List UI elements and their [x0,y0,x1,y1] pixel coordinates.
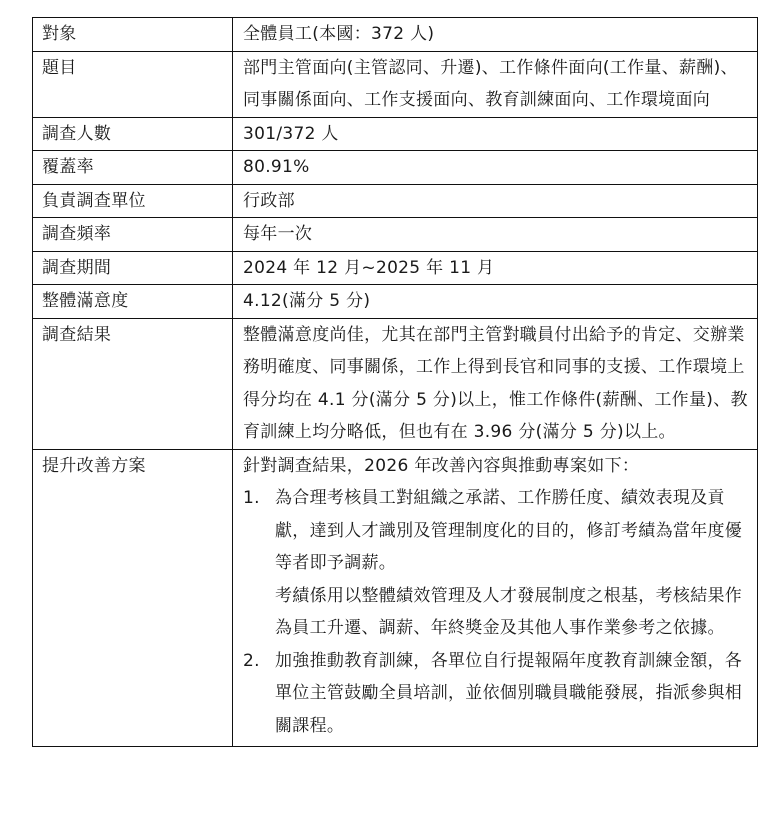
row-label: 提升改善方案 [33,449,233,747]
row-label: 調查頻率 [33,218,233,252]
table-row-results: 調查結果 整體滿意度尚佳，尤其在部門主管對職員付出給予的肯定、交辦業務明確度、同… [33,318,758,449]
table-row-overall-satisfaction: 整體滿意度 4.12(滿分 5 分) [33,285,758,319]
table-row-period: 調查期間 2024 年 12 月~2025 年 11 月 [33,251,758,285]
row-value: 301/372 人 [233,117,758,151]
survey-summary-table: 對象 全體員工(本國：372 人) 題目 部門主管面向(主管認同、升遷)、工作條… [32,17,758,747]
list-number: 2. [243,645,260,678]
row-value: 部門主管面向(主管認同、升遷)、工作條件面向(工作量、薪酬)、同事關係面向、工作… [233,51,758,117]
row-label: 調查期間 [33,251,233,285]
row-value: 每年一次 [233,218,758,252]
table-row-target: 對象 全體員工(本國：372 人) [33,18,758,52]
improvement-item-subtext: 考績係用以整體績效管理及人才發展制度之根基，考核結果作為員工升遷、調薪、年終獎金… [275,580,751,645]
row-value: 整體滿意度尚佳，尤其在部門主管對職員付出給予的肯定、交辦業務明確度、同事關係，工… [233,318,758,449]
table-row-frequency: 調查頻率 每年一次 [33,218,758,252]
improvement-item-2: 2. 加強推動教育訓練，各單位自行提報隔年度教育訓練金額，各單位主管鼓勵全員培訓… [243,645,751,743]
row-value: 2024 年 12 月~2025 年 11 月 [233,251,758,285]
improvement-list: 1. 為合理考核員工對組織之承諾、工作勝任度、績效表現及貢獻，達到人才識別及管理… [243,482,751,742]
table-row-coverage: 覆蓋率 80.91% [33,151,758,185]
improvement-intro: 針對調查結果，2026 年改善內容與推動專案如下： [243,450,751,483]
table-row-respondents: 調查人數 301/372 人 [33,117,758,151]
row-label: 調查人數 [33,117,233,151]
row-label: 調查結果 [33,318,233,449]
row-label: 覆蓋率 [33,151,233,185]
improvement-plan-content: 針對調查結果，2026 年改善內容與推動專案如下： 1. 為合理考核員工對組織之… [233,449,758,747]
list-number: 1. [243,482,260,515]
row-value: 行政部 [233,184,758,218]
row-label: 題目 [33,51,233,117]
table-row-improvement-plan: 提升改善方案 針對調查結果，2026 年改善內容與推動專案如下： 1. 為合理考… [33,449,758,747]
row-value: 80.91% [233,151,758,185]
improvement-item-text: 加強推動教育訓練，各單位自行提報隔年度教育訓練金額，各單位主管鼓勵全員培訓，並依… [275,651,742,736]
row-value: 全體員工(本國：372 人) [233,18,758,52]
row-label: 對象 [33,18,233,52]
improvement-item-text: 為合理考核員工對組織之承諾、工作勝任度、績效表現及貢獻，達到人才識別及管理制度化… [275,488,742,573]
improvement-item-1: 1. 為合理考核員工對組織之承諾、工作勝任度、績效表現及貢獻，達到人才識別及管理… [243,482,751,645]
row-value: 4.12(滿分 5 分) [233,285,758,319]
row-label: 負責調查單位 [33,184,233,218]
table-row-responsible-unit: 負責調查單位 行政部 [33,184,758,218]
table-row-topics: 題目 部門主管面向(主管認同、升遷)、工作條件面向(工作量、薪酬)、同事關係面向… [33,51,758,117]
row-label: 整體滿意度 [33,285,233,319]
